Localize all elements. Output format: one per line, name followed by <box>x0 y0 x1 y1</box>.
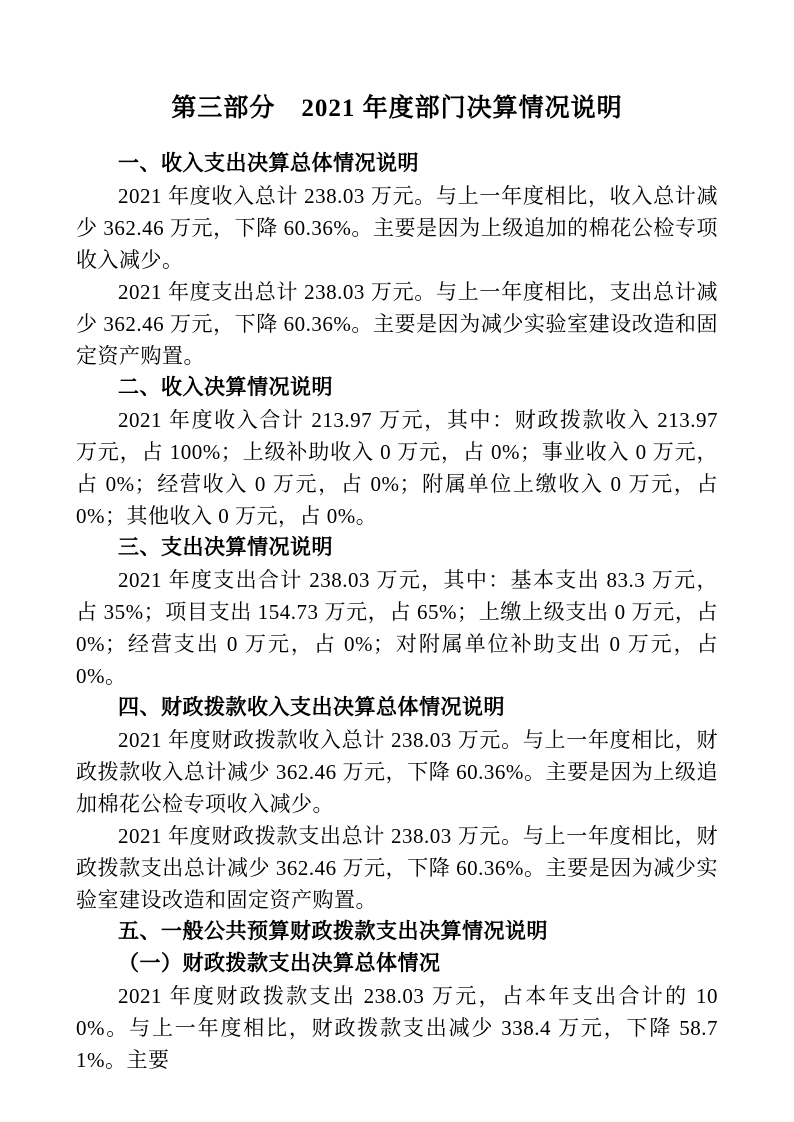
document-title: 第三部分 2021 年度部门决算情况说明 <box>76 92 718 126</box>
paragraph: 2021 年度财政拨款支出总计 238.03 万元。与上一年度相比，财政拨款支出… <box>76 820 718 916</box>
section-heading-4: 四、财政拨款收入支出决算总体情况说明 <box>76 692 718 724</box>
section-heading-1: 一、收入支出决算总体情况说明 <box>76 148 718 180</box>
document-page: 第三部分 2021 年度部门决算情况说明 一、收入支出决算总体情况说明 2021… <box>0 0 794 1122</box>
section-heading-3: 三、支出决算情况说明 <box>76 532 718 564</box>
paragraph: 2021 年度财政拨款支出 238.03 万元，占本年支出合计的 100%。与上… <box>76 980 718 1076</box>
paragraph: 2021 年度支出合计 238.03 万元，其中：基本支出 83.3 万元，占 … <box>76 564 718 692</box>
paragraph: 2021 年度支出总计 238.03 万元。与上一年度相比，支出总计减少 362… <box>76 276 718 372</box>
subsection-heading-5-1: （一）财政拨款支出决算总体情况 <box>76 948 718 980</box>
paragraph: 2021 年度收入总计 238.03 万元。与上一年度相比，收入总计减少 362… <box>76 180 718 276</box>
section-heading-2: 二、收入决算情况说明 <box>76 372 718 404</box>
section-heading-5: 五、一般公共预算财政拨款支出决算情况说明 <box>76 916 718 948</box>
paragraph: 2021 年度收入合计 213.97 万元，其中：财政拨款收入 213.97 万… <box>76 404 718 532</box>
paragraph: 2021 年度财政拨款收入总计 238.03 万元。与上一年度相比，财政拨款收入… <box>76 724 718 820</box>
